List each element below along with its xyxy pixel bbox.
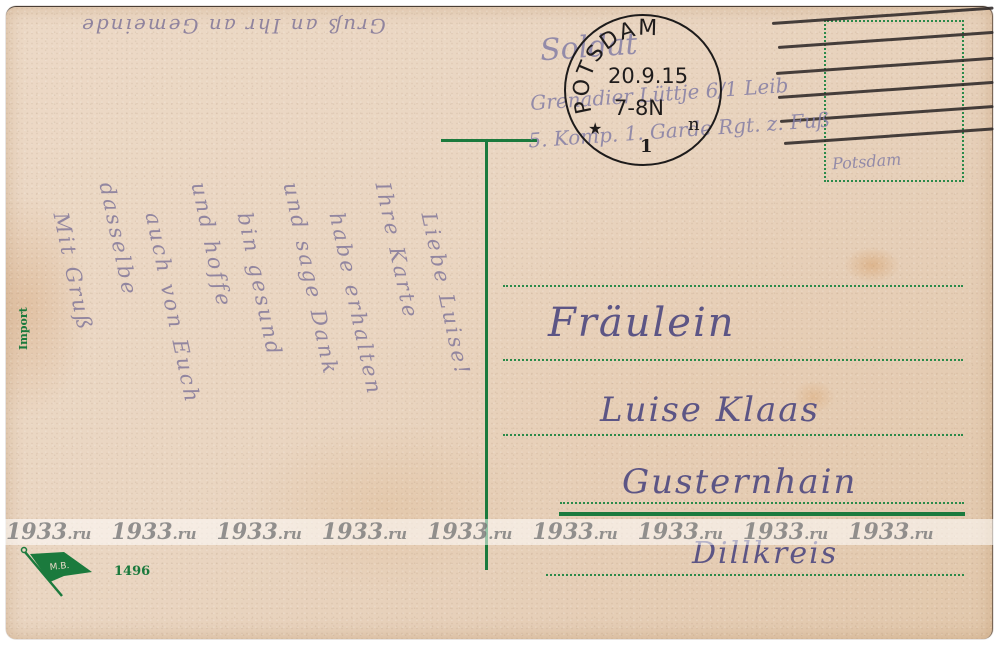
watermark-text: 1933.ru bbox=[322, 519, 407, 545]
address-line-2: Luise Klaas bbox=[600, 390, 820, 430]
import-label: Import bbox=[17, 307, 30, 350]
postmark-office-number: 1 bbox=[640, 136, 653, 157]
postmark-letter: n bbox=[688, 114, 700, 135]
watermark-strip: 1933.ru1933.ru1933.ru1933.ru1933.ru1933.… bbox=[0, 519, 1000, 545]
publisher-flag-logo-icon: M.B. bbox=[20, 546, 96, 598]
watermark-text: 1933.ru bbox=[427, 519, 512, 545]
star-icon: ★ bbox=[588, 119, 602, 138]
address-line-3: Gusternhain bbox=[622, 462, 857, 502]
watermark-text: 1933.ru bbox=[217, 519, 302, 545]
address-rule-3 bbox=[503, 434, 963, 436]
address-rule-solid bbox=[559, 512, 965, 516]
address-rule-4 bbox=[560, 502, 964, 504]
message-top-line: Gruß an Ihr an Gemeinde bbox=[80, 14, 386, 38]
address-rule-2 bbox=[503, 359, 963, 361]
divider-vertical bbox=[485, 140, 488, 570]
postmark-time: 7-8N bbox=[614, 96, 664, 120]
watermark-text: 1933.ru bbox=[6, 519, 91, 545]
watermark-text: 1933.ru bbox=[111, 519, 196, 545]
watermark-text: 1933.ru bbox=[638, 519, 723, 545]
watermark-text: 1933.ru bbox=[743, 519, 828, 545]
postmark-date: 20.9.15 bbox=[608, 64, 688, 88]
watermark-text: 1933.ru bbox=[532, 519, 617, 545]
address-line-1: Fräulein bbox=[548, 300, 736, 346]
postmark: POTSDAM 20.9.15 7-8N ★ n 1 bbox=[564, 14, 722, 166]
address-rule-5 bbox=[546, 574, 964, 576]
svg-text:M.B.: M.B. bbox=[49, 561, 70, 573]
watermark-text: 1933.ru bbox=[848, 519, 933, 545]
address-rule-1 bbox=[503, 285, 963, 287]
divider-crossbar bbox=[441, 139, 537, 142]
series-number: 1496 bbox=[114, 564, 150, 579]
